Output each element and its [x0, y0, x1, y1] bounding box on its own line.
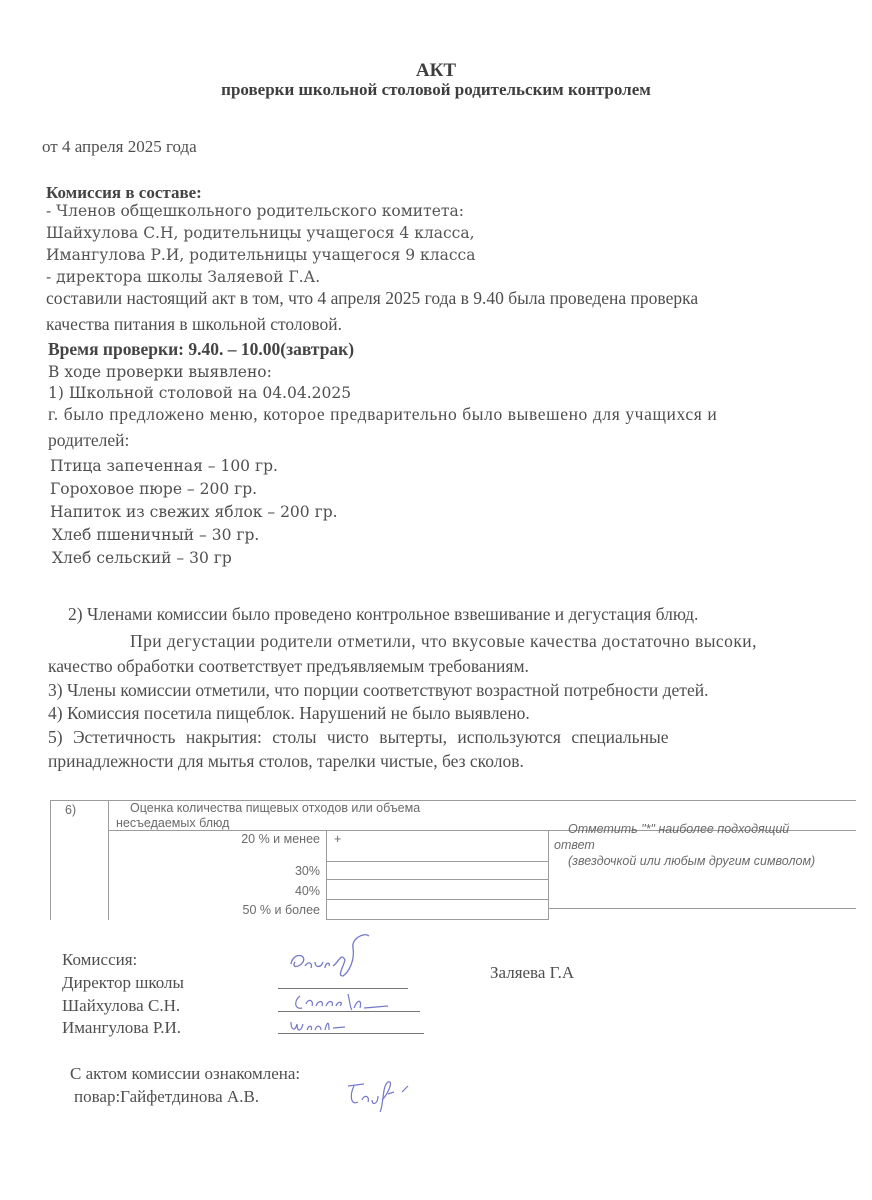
table-col-divider-2	[326, 830, 327, 920]
table-col-divider-3	[548, 830, 549, 920]
signature-role-imangulova: Имангулова Р.И.	[62, 1018, 181, 1038]
signature-name-director: Заляева Г.А	[490, 963, 574, 983]
item2-line-1: 2) Членами комиссии было проведено контр…	[68, 604, 698, 625]
item1-line-3: родителей:	[48, 430, 129, 451]
table-row-mark-1[interactable]: +	[334, 832, 341, 846]
table-header-line-2: несъедаемых блюд	[116, 816, 229, 830]
item2-line-2: При дегустации родители отметили, что вк…	[130, 631, 757, 652]
handwritten-signature-cook	[342, 1076, 422, 1121]
signatures-heading: Комиссия:	[62, 950, 137, 970]
findings-heading: В ходе проверки выявлено:	[48, 362, 272, 382]
handwritten-signature-shaikhulova	[292, 990, 402, 1019]
commission-line-1: - Членов общешкольного родительского ком…	[46, 201, 464, 221]
menu-item-3: Напиток из свежих яблок – 200 гр.	[50, 502, 338, 522]
item3: 3) Члены комиссии отметили, что порции с…	[48, 680, 708, 701]
commission-heading: Комиссия в составе:	[46, 183, 202, 203]
signature-role-director: Директор школы	[62, 973, 184, 993]
document-title: АКТ	[0, 60, 872, 82]
menu-item-4: Хлеб пшеничный – 30 гр.	[52, 525, 259, 545]
menu-item-5: Хлеб сельский – 30 гр	[52, 548, 232, 568]
table-row-line-2	[326, 879, 548, 880]
table-row-line-3	[326, 899, 548, 900]
table-row-line-4	[326, 919, 548, 920]
intro-line-2: качества питания в школьной столовой.	[46, 314, 342, 335]
document-subtitle: проверки школьной столовой родительским …	[0, 80, 872, 100]
table-row-label-3: 40%	[110, 884, 320, 898]
table-col-divider-1	[108, 800, 109, 920]
table-border-left	[50, 800, 51, 920]
table-row-label-2: 30%	[110, 864, 320, 878]
table-note-line-2: ответ	[554, 838, 595, 852]
handwritten-signature-imangulova	[287, 1016, 357, 1041]
table-row-label-1: 20 % и менее	[110, 832, 320, 846]
check-time: Время проверки: 9.40. – 10.00(завтрак)	[48, 339, 354, 360]
table-note-bottom	[548, 908, 856, 909]
date-line: от 4 апреля 2025 года	[42, 137, 197, 157]
commission-line-3: Имангулова Р.И, родительницы учащегося 9…	[46, 245, 475, 265]
signature-role-shaikhulova: Шайхулова С.Н.	[62, 996, 180, 1016]
table-row-label-4: 50 % и более	[110, 903, 320, 917]
table-row-line-1	[326, 861, 548, 862]
table-note-line-3: (звездочкой или любым другим символом)	[568, 854, 815, 868]
menu-item-1: Птица запеченная – 100 гр.	[50, 456, 278, 476]
acknowledgement-line-2: повар:Гайфетдинова А.В.	[74, 1087, 259, 1107]
item5-line-2: принадлежности для мытья столов, тарелки…	[48, 751, 524, 772]
item4: 4) Комиссия посетила пищеблок. Нарушений…	[48, 703, 530, 724]
table-header-line-1: Оценка количества пищевых отходов или об…	[130, 801, 420, 815]
menu-item-2: Гороховое пюре – 200 гр.	[50, 479, 257, 499]
item1-line-2: г. было предложено меню, которое предвар…	[48, 404, 717, 425]
item1-line-1: 1) Школьной столовой на 04.04.2025	[48, 383, 351, 403]
table-number: 6)	[65, 803, 76, 817]
intro-line-1: составили настоящий акт в том, что 4 апр…	[46, 288, 698, 309]
handwritten-signature-director	[285, 932, 385, 997]
item2-line-3: качество обработки соответствует предъяв…	[48, 656, 529, 677]
commission-line-4: - директора школы Заляевой Г.А.	[46, 267, 320, 287]
commission-line-2: Шайхулова С.Н, родительницы учащегося 4 …	[46, 223, 475, 243]
table-note-line-1: Отметить "*" наиболее подходящий	[568, 822, 789, 836]
item5-line-1: 5) Эстетичность накрытия: столы чисто вы…	[48, 727, 669, 748]
acknowledgement-line-1: С актом комиссии ознакомлена:	[70, 1064, 300, 1084]
